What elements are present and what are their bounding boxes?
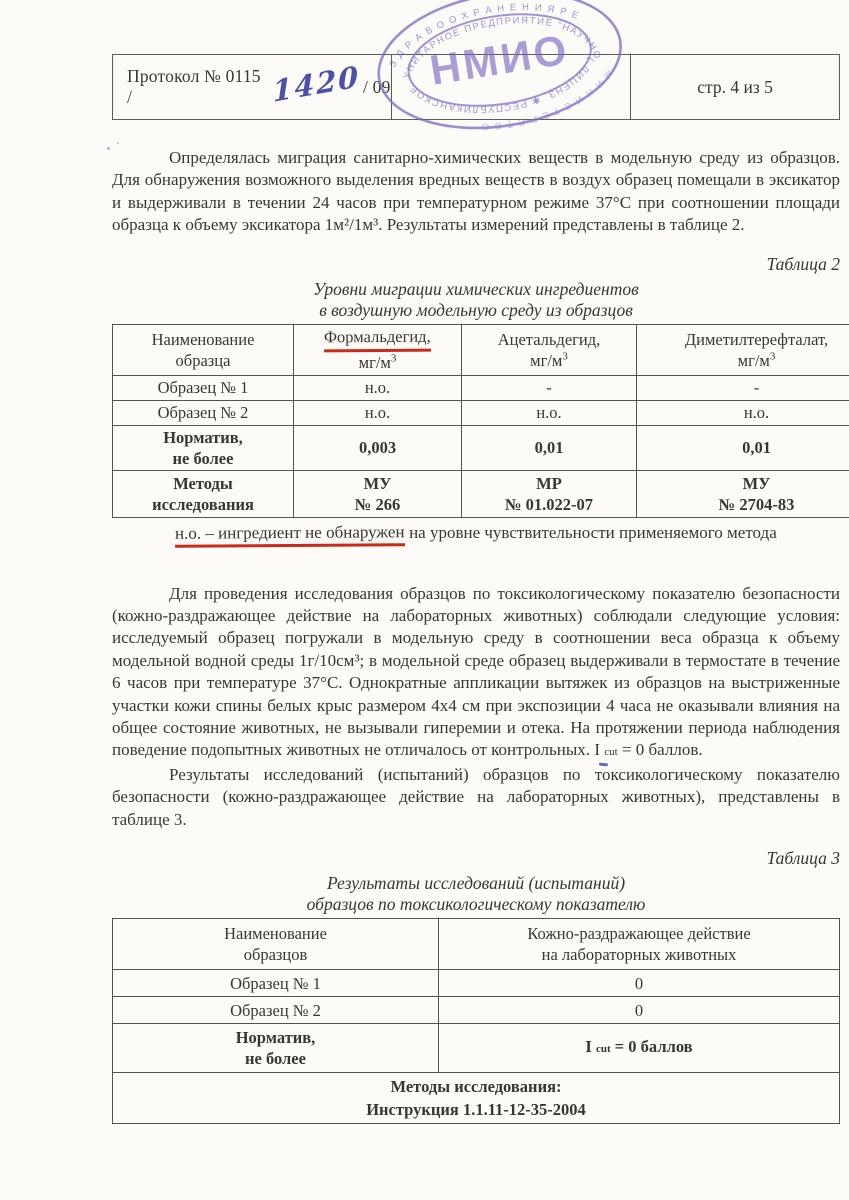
table2-header-formaldehyde: Формальдегид, мг/м3 <box>294 324 462 375</box>
paragraph-results: Результаты исследований (испытаний) обра… <box>112 764 840 831</box>
table3-row-methods: Методы исследования: Инструкция 1.1.11-1… <box>113 1073 840 1124</box>
table2-migration-levels: Наименование образца Формальдегид, мг/м3… <box>112 324 849 518</box>
table3-header-row: Наименование образцов Кожно-раздражающее… <box>113 919 840 970</box>
table2-label: Таблица 2 <box>112 254 840 275</box>
table-cell: - <box>637 375 849 400</box>
table2-row-sample1: Образец № 1 н.о. - - <box>113 375 849 400</box>
table-cell: 0 <box>439 997 840 1024</box>
table2-header-sample: Наименование образца <box>113 324 294 375</box>
table-cell: 0,003 <box>294 425 462 470</box>
table-cell: Норматив, не более <box>113 425 294 470</box>
table-cell: МУ № 2704-83 <box>637 470 849 517</box>
table3-caption-line1: Результаты исследований (испытаний) <box>112 873 840 894</box>
table-cell: Методы исследования: Инструкция 1.1.11-1… <box>113 1073 840 1124</box>
table-cell: н.о. <box>294 400 462 425</box>
protocol-number-handwritten: 1420 <box>272 59 361 109</box>
table-cell: Образец № 2 <box>113 400 294 425</box>
table3-toxicology-results: Наименование образцов Кожно-раздражающее… <box>112 918 840 1124</box>
table-cell: I cut = 0 баллов <box>439 1024 840 1073</box>
table2-header-acetaldehyde: Ацетальдегид, мг/м3 <box>462 324 637 375</box>
table-cell: 0,01 <box>637 425 849 470</box>
table-cell: н.о. <box>462 400 637 425</box>
protocol-number-cell: Протокол № 0115 / 1420 / 09 <box>113 55 392 119</box>
paragraph-migration: Определялась миграция санитарно-химическ… <box>112 147 840 237</box>
footnote-red-underline: н.о. – ингредиент не обнаружен <box>175 522 405 548</box>
scan-speck <box>117 142 119 144</box>
table3-caption-line2: образцов по токсикологическому показател… <box>112 894 840 915</box>
paragraph-toxicology: Для проведения исследования образцов по … <box>112 583 840 764</box>
formaldehyde-red-underline: Формальдегид, <box>324 326 431 353</box>
table-cell: Образец № 1 <box>113 375 294 400</box>
table2-row-norm: Норматив, не более 0,003 0,01 0,01 <box>113 425 849 470</box>
table3-label: Таблица 3 <box>112 848 840 869</box>
table2-footnote: н.о. – ингредиент не обнаружен на уровне… <box>112 523 840 547</box>
table2-header-dimethylterephthalate: Диметилтерефталат, мг/м3 <box>637 324 849 375</box>
table2-row-methods: Методы исследования МУ № 266 МР № 01.022… <box>113 470 849 517</box>
table-cell: Образец № 1 <box>113 970 439 997</box>
nmio-stamp: З Д Р А В О О Х Р А Н Е Н И Я Р Е УНИТАР… <box>360 0 640 146</box>
table2-caption-line2: в воздушную модельную среду из образцов <box>112 300 840 321</box>
table3-header-skin-irritation: Кожно-раздражающее действие на лаборатор… <box>439 919 840 970</box>
table-cell: Методы исследования <box>113 470 294 517</box>
table-cell: Образец № 2 <box>113 997 439 1024</box>
table2-header-row: Наименование образца Формальдегид, мг/м3… <box>113 324 849 375</box>
page-number: стр. 4 из 5 <box>631 55 839 119</box>
table2-caption-line1: Уровни миграции химических ингредиентов <box>112 279 840 300</box>
scan-speck <box>107 147 110 150</box>
table-cell: н.о. <box>637 400 849 425</box>
table-cell: - <box>462 375 637 400</box>
table2-row-sample2: Образец № 2 н.о. н.о. н.о. <box>113 400 849 425</box>
table-cell: МР № 01.022-07 <box>462 470 637 517</box>
table-cell: н.о. <box>294 375 462 400</box>
table-cell: 0 <box>439 970 840 997</box>
scanned-protocol-page: Протокол № 0115 / 1420 / 09 стр. 4 из 5 … <box>0 0 849 1200</box>
table-cell: 0,01 <box>462 425 637 470</box>
table3-row-sample1: Образец № 1 0 <box>113 970 840 997</box>
table-cell: Норматив, не более <box>113 1024 439 1073</box>
table3-row-sample2: Образец № 2 0 <box>113 997 840 1024</box>
table-cell: МУ № 266 <box>294 470 462 517</box>
protocol-prefix: Протокол № 0115 / <box>127 66 270 108</box>
table3-header-sample: Наименование образцов <box>113 919 439 970</box>
table3-row-norm: Норматив, не более I cut = 0 баллов <box>113 1024 840 1073</box>
